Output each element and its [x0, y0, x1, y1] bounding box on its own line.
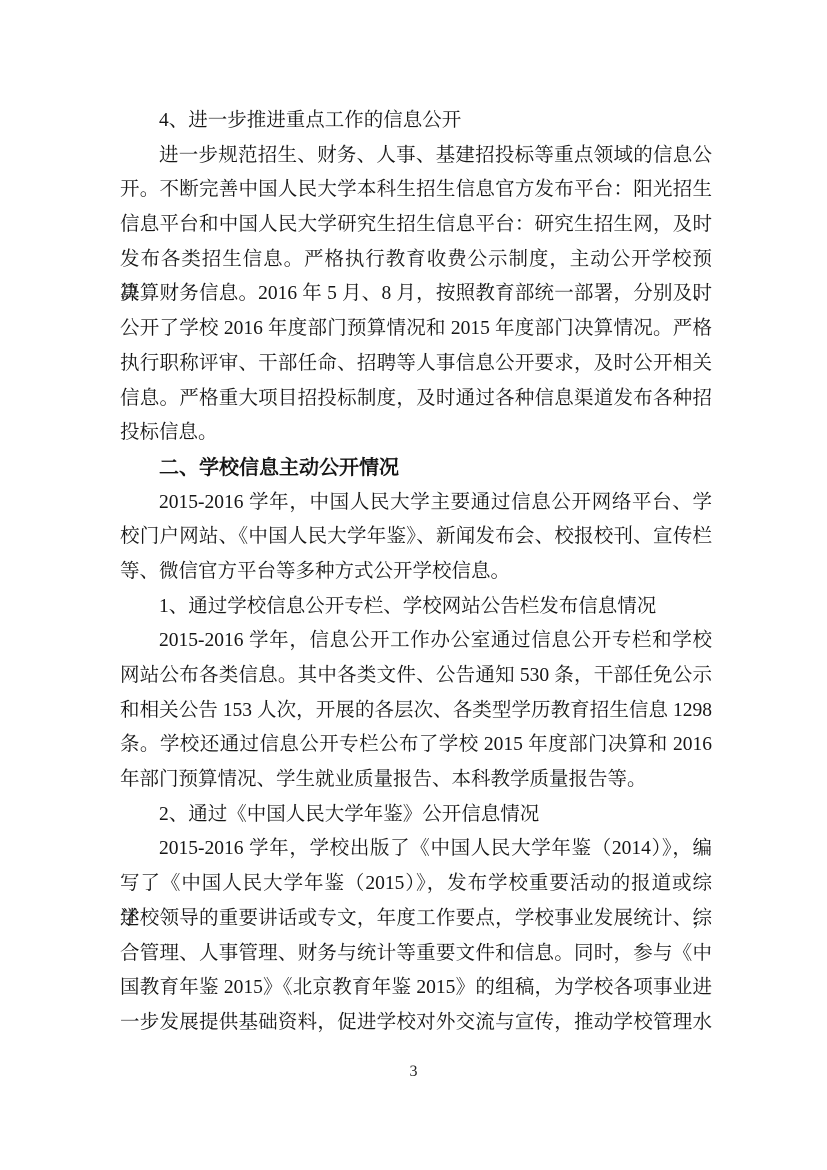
document-body: 4、进一步推进重点工作的信息公开进一步规范招生、财务、人事、基建招投标等重点领域…	[120, 104, 712, 1041]
text-line: 信息平台和中国人民大学研究生招生信息平台：研究生招生网，及时	[120, 208, 712, 243]
text-line: 2015-2016 学年，学校出版了《中国人民大学年鉴（2014）》，编	[120, 832, 712, 867]
text-line: 2015-2016 学年，中国人民大学主要通过信息公开网络平台、学	[120, 486, 712, 521]
text-line: 国教育年鉴 2015》《北京教育年鉴 2015》的组稿，为学校各项事业进	[120, 971, 712, 1006]
section-heading: 二、学校信息主动公开情况	[120, 451, 712, 486]
text-line: 和相关公告 153 人次，开展的各层次、各类型学历教育招生信息 1298	[120, 694, 712, 729]
text-line: 年部门预算情况、学生就业质量报告、本科教学质量报告等。	[120, 763, 712, 798]
text-line: 条。学校还通过信息公开专栏公布了学校 2015 年度部门决算和 2016	[120, 728, 712, 763]
text-line: 4、进一步推进重点工作的信息公开	[120, 104, 712, 139]
text-line: 开。不断完善中国人民大学本科生招生信息官方发布平台：阳光招生	[120, 173, 712, 208]
text-line: 发布各类招生信息。严格执行教育收费公示制度，主动公开学校预算、	[120, 243, 712, 278]
text-line: 信息。严格重大项目招投标制度，及时通过各种信息渠道发布各种招	[120, 382, 712, 417]
text-line: 校门户网站、《中国人民大学年鉴》、新闻发布会、校报校刊、宣传栏	[120, 520, 712, 555]
text-line: 学校领导的重要讲话或专文，年度工作要点，学校事业发展统计、综	[120, 902, 712, 937]
text-line: 等、微信官方平台等多种方式公开学校信息。	[120, 555, 712, 590]
text-line: 1、通过学校信息公开专栏、学校网站公告栏发布信息情况	[120, 590, 712, 625]
text-line: 公开了学校 2016 年度部门预算情况和 2015 年度部门决算情况。严格	[120, 312, 712, 347]
text-line: 合管理、人事管理、财务与统计等重要文件和信息。同时，参与《中	[120, 937, 712, 972]
text-line: 2、通过《中国人民大学年鉴》公开信息情况	[120, 798, 712, 833]
text-line: 进一步规范招生、财务、人事、基建招投标等重点领域的信息公	[120, 139, 712, 174]
page-number: 3	[0, 1062, 827, 1082]
text-line: 决算财务信息。2016 年 5 月、8 月，按照教育部统一部署，分别及时	[120, 277, 712, 312]
text-line: 2015-2016 学年，信息公开工作办公室通过信息公开专栏和学校	[120, 624, 712, 659]
text-line: 写了《中国人民大学年鉴（2015）》，发布学校重要活动的报道或综述，	[120, 867, 712, 902]
document-page: 4、进一步推进重点工作的信息公开进一步规范招生、财务、人事、基建招投标等重点领域…	[0, 0, 827, 1170]
text-line: 网站公布各类信息。其中各类文件、公告通知 530 条，干部任免公示	[120, 659, 712, 694]
text-line: 一步发展提供基础资料，促进学校对外交流与宣传，推动学校管理水	[120, 1006, 712, 1041]
text-line: 投标信息。	[120, 416, 712, 451]
text-line: 执行职称评审、干部任命、招聘等人事信息公开要求，及时公开相关	[120, 347, 712, 382]
